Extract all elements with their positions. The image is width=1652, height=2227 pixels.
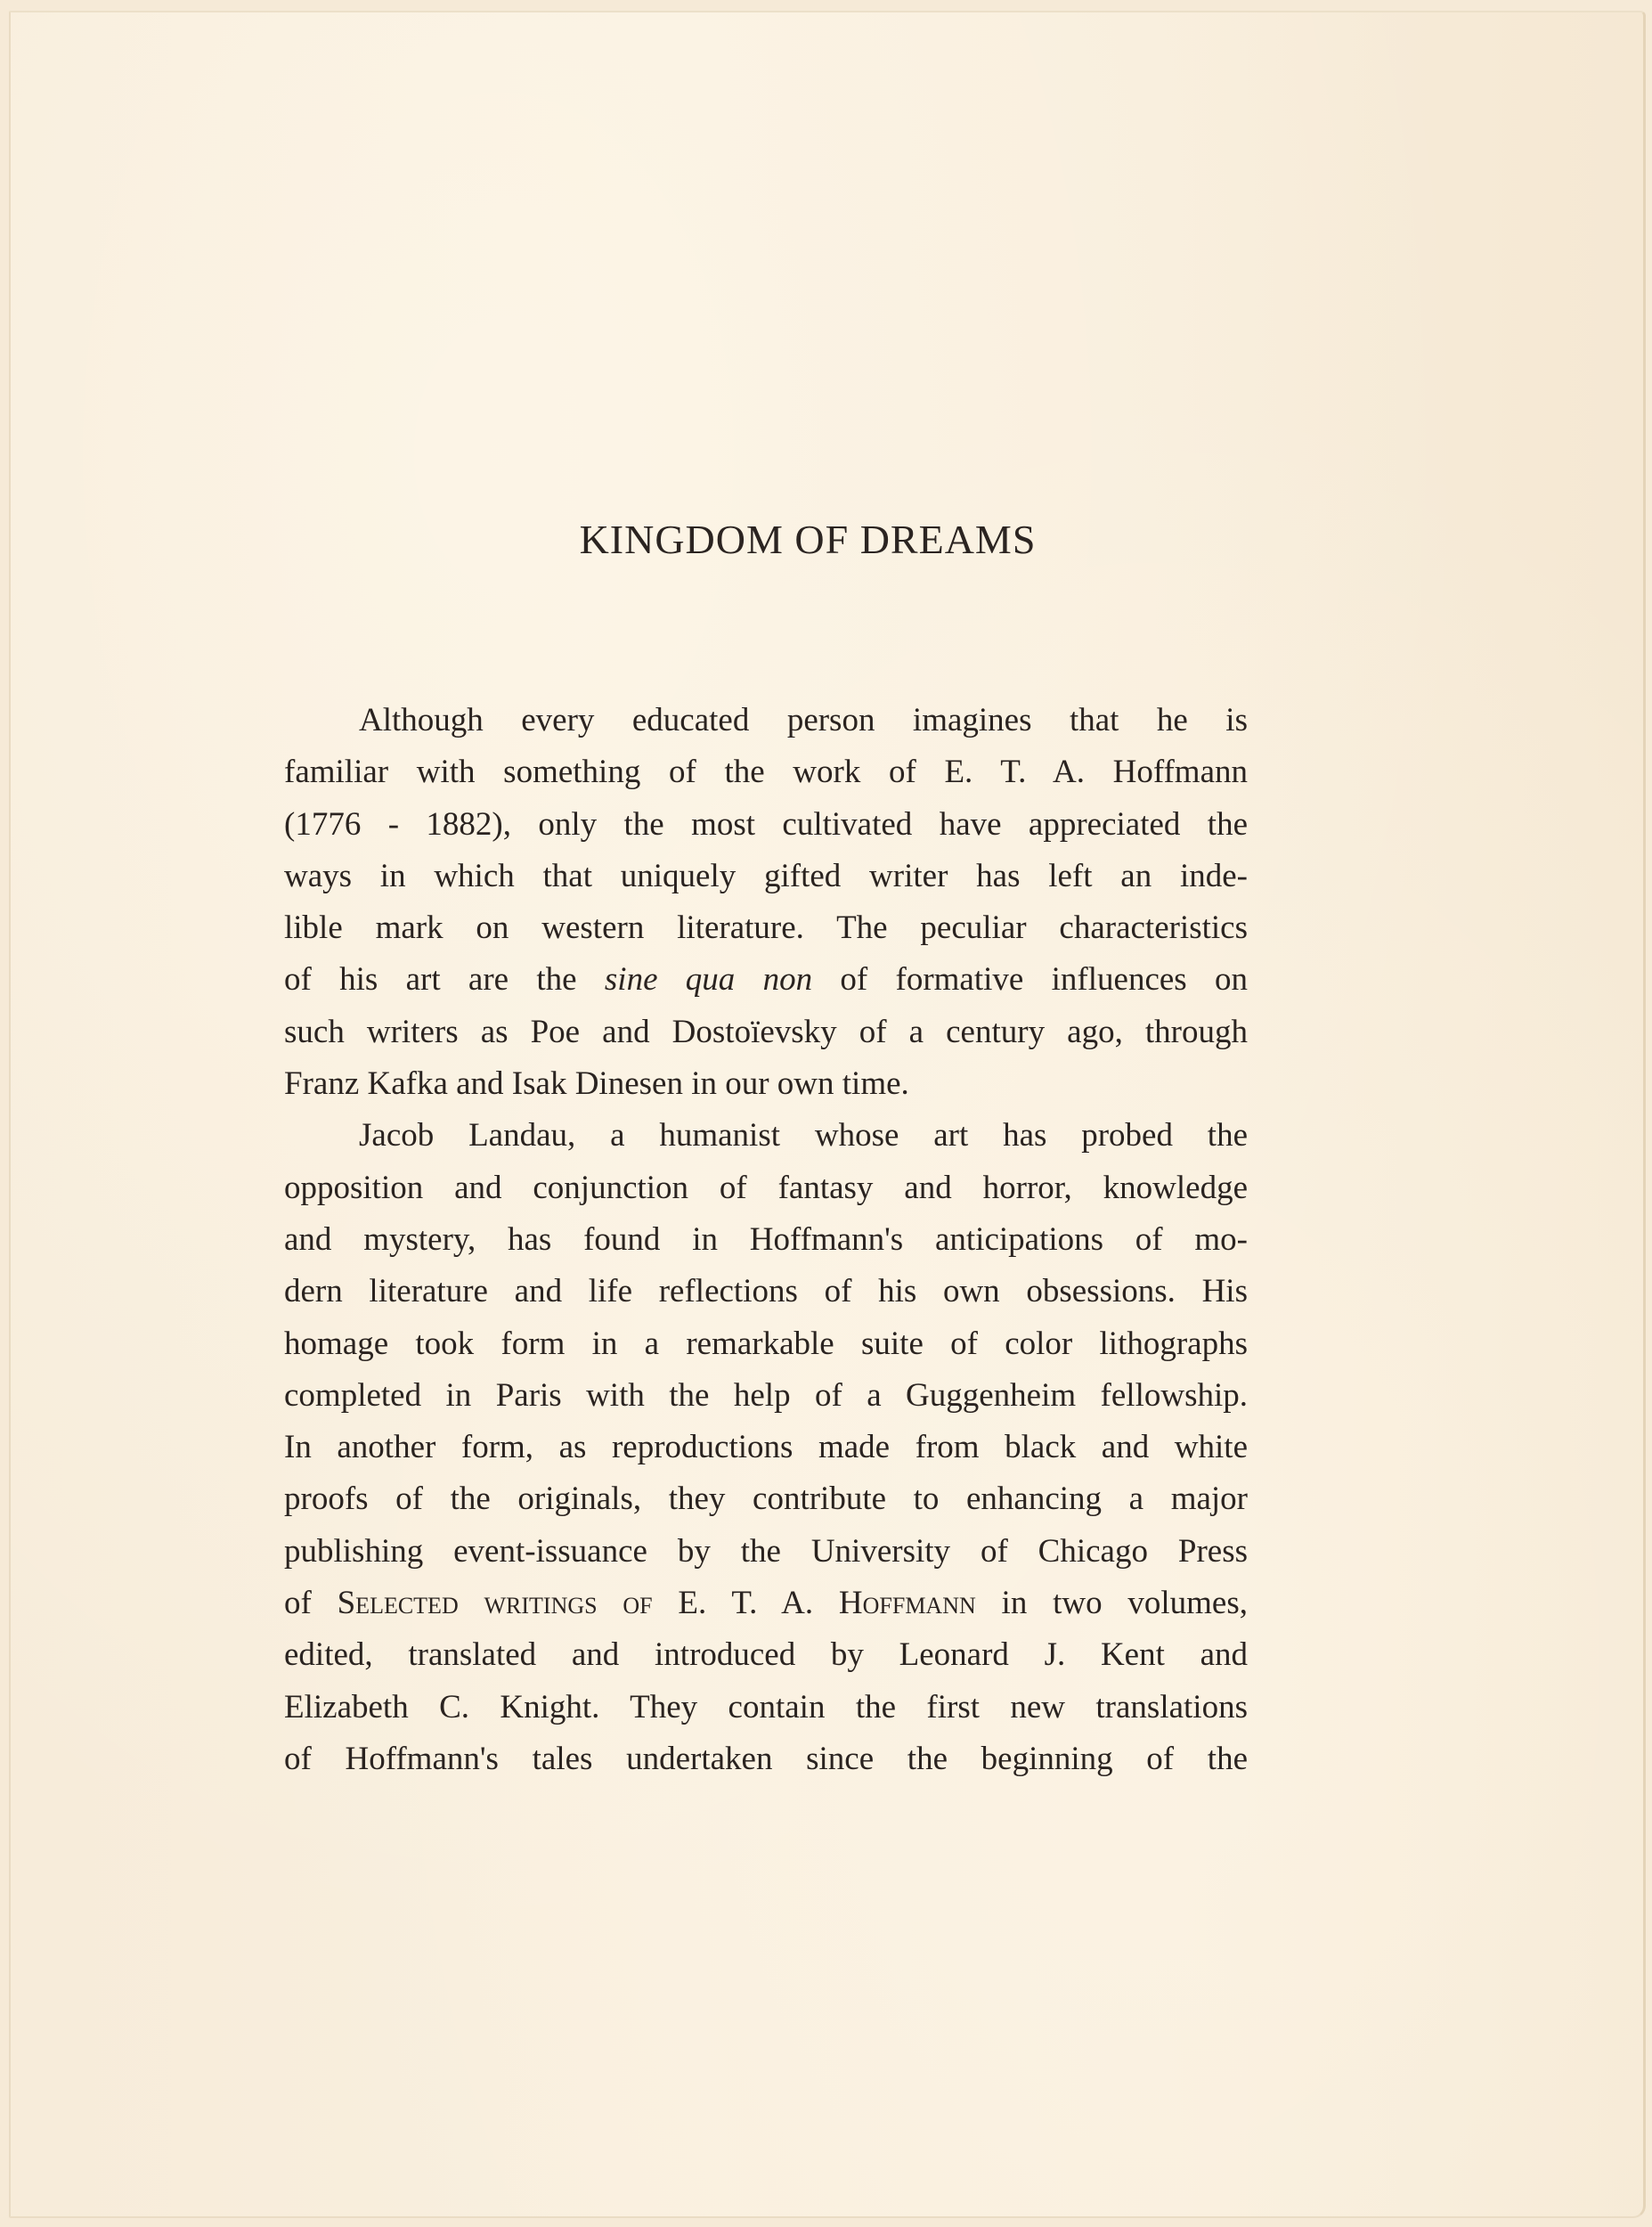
body-text: Although every educated person imagines … <box>284 695 1248 1785</box>
text-line: proofs of the originals, they contribute… <box>284 1473 1248 1525</box>
text-line: Franz Kafka and Isak Dinesen in our own … <box>284 1058 1248 1110</box>
text-line: of Hoffmann's tales undertaken since the… <box>284 1733 1248 1785</box>
page-title: KINGDOM OF DREAMS <box>11 516 1648 563</box>
text-line: homage took form in a remarkable suite o… <box>284 1318 1248 1370</box>
text-line: In another form, as reproductions made f… <box>284 1422 1248 1473</box>
text-line: publishing event-issuance by the Univers… <box>284 1526 1248 1578</box>
text-line: Although every educated person imagines … <box>284 695 1248 746</box>
text-line: Jacob Landau, a humanist whose art has p… <box>284 1110 1248 1162</box>
text-line: opposition and conjunction of fantasy an… <box>284 1162 1248 1214</box>
text-line: (1776 - 1882), only the most cultivated … <box>284 799 1248 851</box>
text-line: familiar with something of the work of E… <box>284 746 1248 798</box>
text-line: of his art are the sine qua non of forma… <box>284 954 1248 1006</box>
paragraph-2: Jacob Landau, a humanist whose art has p… <box>284 1110 1248 1785</box>
text-line: ways in which that uniquely gifted write… <box>284 851 1248 902</box>
text-line: dern literature and life reflections of … <box>284 1266 1248 1317</box>
text-line: such writers as Poe and Dostoïevsky of a… <box>284 1007 1248 1058</box>
text-line: edited, translated and introduced by Leo… <box>284 1629 1248 1681</box>
paragraph-1: Although every educated person imagines … <box>284 695 1248 1110</box>
text-line: completed in Paris with the help of a Gu… <box>284 1370 1248 1422</box>
book-title: Selected writings of E. T. A. Hoffmann <box>338 1585 976 1621</box>
text-line: of Selected writings of E. T. A. Hoffman… <box>284 1578 1248 1629</box>
text-line: and mystery, has found in Hoffmann's ant… <box>284 1214 1248 1266</box>
italic-phrase: sine qua non <box>605 961 812 998</box>
text-line: Elizabeth C. Knight. They contain the fi… <box>284 1682 1248 1733</box>
text-line: lible mark on western literature. The pe… <box>284 902 1248 954</box>
